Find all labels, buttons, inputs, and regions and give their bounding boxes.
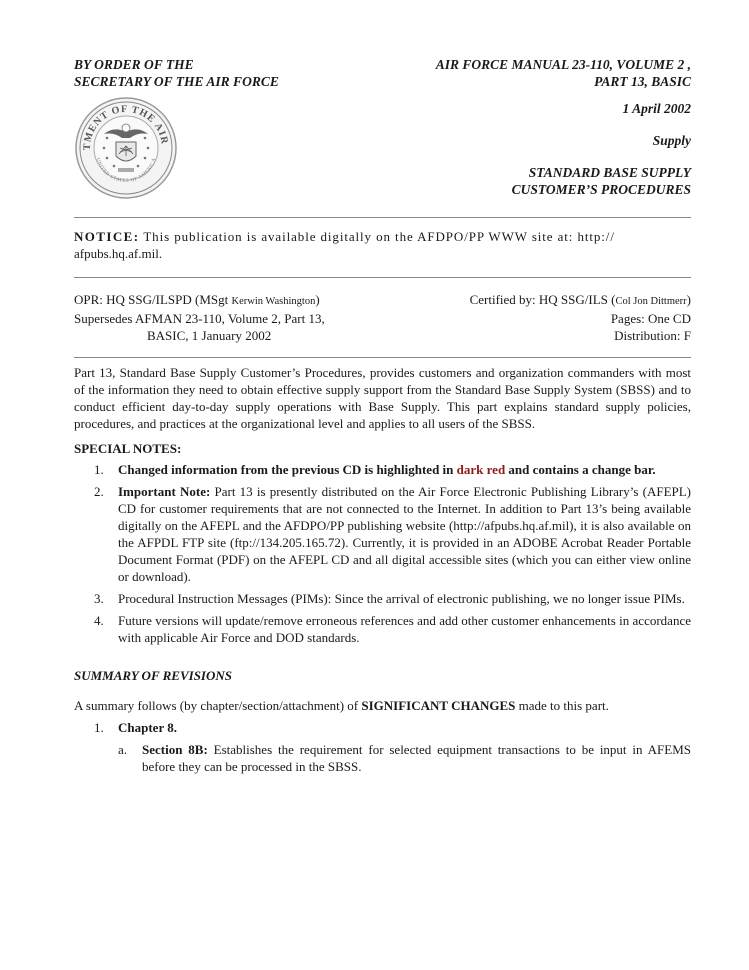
certified-by: Certified by: HQ SSG/ILS (Col Jon Dittme… bbox=[470, 291, 691, 310]
notice-label: NOTICE: bbox=[74, 229, 139, 244]
supersedes-line-1: Supersedes AFMAN 23-110, Volume 2, Part … bbox=[74, 310, 325, 327]
item-text-post: and contains a change bar. bbox=[505, 462, 656, 477]
certified-close: ) bbox=[687, 292, 691, 307]
item-text: Future versions will update/remove erron… bbox=[118, 612, 691, 646]
summary-intro-pre: A summary follows (by chapter/section/at… bbox=[74, 698, 361, 713]
item-number: 3. bbox=[94, 590, 118, 607]
chapter-item: 1. Chapter 8. bbox=[74, 719, 691, 736]
opr-label: OPR: HQ SSG/ILSPD (MSgt bbox=[74, 292, 232, 307]
list-item: 3. Procedural Instruction Messages (PIMs… bbox=[74, 590, 691, 607]
summary-heading: SUMMARY OF REVISIONS bbox=[74, 667, 691, 684]
item-label: Important Note: bbox=[118, 484, 210, 499]
order-authority: BY ORDER OF THE SECRETARY OF THE AIR FOR… bbox=[74, 56, 279, 90]
publication-category: Supply bbox=[436, 132, 691, 149]
section-label: Section 8B: bbox=[142, 742, 208, 757]
opr-name: Kerwin Washington bbox=[232, 296, 316, 307]
special-notes-heading: SPECIAL NOTES: bbox=[74, 440, 691, 457]
supersedes-line-2: BASIC, 1 January 2002 bbox=[74, 327, 325, 344]
air-force-seal-icon: DEPARTMENT OF THE AIR FORCE UNITED STATE… bbox=[74, 96, 178, 200]
title-line-2: CUSTOMER’S PROCEDURES bbox=[436, 181, 691, 198]
order-line-1: BY ORDER OF THE bbox=[74, 56, 279, 73]
certified-name: Col Jon Dittmerr bbox=[615, 296, 686, 307]
notice-url[interactable]: afpubs.hq.af.mil. bbox=[74, 246, 162, 261]
publication-date: 1 April 2002 bbox=[436, 100, 691, 117]
manual-number-line-1: AIR FORCE MANUAL 23-110, VOLUME 2 , bbox=[436, 56, 691, 73]
section-text: Section 8B: Establishes the requirement … bbox=[142, 741, 691, 775]
opr-line: OPR: HQ SSG/ILSPD (MSgt Kerwin Washingto… bbox=[74, 291, 325, 310]
item-text: Changed information from the previous CD… bbox=[118, 461, 691, 478]
publication-header: AIR FORCE MANUAL 23-110, VOLUME 2 , PART… bbox=[436, 56, 691, 198]
item-text: Important Note: Part 13 is presently dis… bbox=[118, 483, 691, 585]
intro-paragraph: Part 13, Standard Base Supply Customer’s… bbox=[74, 364, 691, 432]
divider bbox=[74, 217, 691, 218]
list-item: 1. Changed information from the previous… bbox=[74, 461, 691, 478]
item-number: 1. bbox=[94, 461, 118, 478]
summary-intro-bold: SIGNIFICANT CHANGES bbox=[361, 698, 515, 713]
distribution: Distribution: F bbox=[470, 327, 691, 344]
list-item: 4. Future versions will update/remove er… bbox=[74, 612, 691, 646]
item-text-pre: Changed information from the previous CD… bbox=[118, 462, 457, 477]
certified-label: Certified by: HQ SSG/ILS ( bbox=[470, 292, 616, 307]
item-number: 4. bbox=[94, 612, 118, 646]
divider bbox=[74, 357, 691, 358]
section-item: a. Section 8B: Establishes the requireme… bbox=[74, 741, 691, 775]
section-letter: a. bbox=[118, 741, 142, 775]
document-body: Part 13, Standard Base Supply Customer’s… bbox=[74, 364, 691, 775]
special-notes-list: 1. Changed information from the previous… bbox=[74, 461, 691, 646]
highlight-text: dark red bbox=[457, 462, 506, 477]
item-body: Part 13 is presently distributed on the … bbox=[118, 484, 691, 584]
chapter-number: 1. bbox=[94, 719, 118, 736]
certification-block: Certified by: HQ SSG/ILS (Col Jon Dittme… bbox=[470, 291, 691, 344]
section-body: Establishes the requirement for selected… bbox=[142, 742, 691, 774]
pages: Pages: One CD bbox=[470, 310, 691, 327]
summary-intro: A summary follows (by chapter/section/at… bbox=[74, 697, 691, 714]
manual-number-line-2: PART 13, BASIC bbox=[436, 73, 691, 90]
publication-title: STANDARD BASE SUPPLY CUSTOMER’S PROCEDUR… bbox=[436, 164, 691, 198]
list-item: 2. Important Note: Part 13 is presently … bbox=[74, 483, 691, 585]
item-number: 2. bbox=[94, 483, 118, 585]
chapter-title: Chapter 8. bbox=[118, 719, 691, 736]
item-text: Procedural Instruction Messages (PIMs): … bbox=[118, 590, 691, 607]
notice: NOTICE: This publication is available di… bbox=[74, 228, 691, 262]
opr-block: OPR: HQ SSG/ILSPD (MSgt Kerwin Washingto… bbox=[74, 291, 325, 344]
notice-text: This publication is available digitally … bbox=[139, 229, 614, 244]
divider bbox=[74, 277, 691, 278]
opr-close: ) bbox=[315, 292, 319, 307]
title-line-1: STANDARD BASE SUPPLY bbox=[436, 164, 691, 181]
summary-intro-post: made to this part. bbox=[515, 698, 609, 713]
order-line-2: SECRETARY OF THE AIR FORCE bbox=[74, 73, 279, 90]
